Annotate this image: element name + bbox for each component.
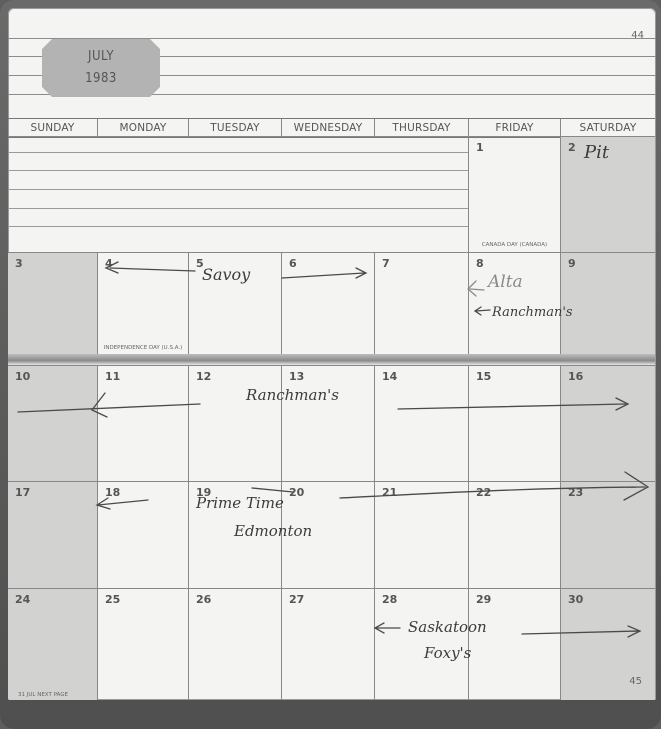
day-cell-7[interactable]: 7	[374, 252, 468, 355]
day-number: 15	[476, 370, 491, 383]
day-cell-8[interactable]: 8	[468, 252, 560, 355]
day-cell-23[interactable]: 23	[560, 481, 655, 588]
day-cell-17[interactable]: 17	[8, 481, 97, 588]
note-prime-time: Prime Time	[196, 494, 284, 512]
note-foxys: Foxy's	[424, 644, 471, 662]
day-cell-16[interactable]: 16	[560, 365, 655, 481]
day-number: 12	[196, 370, 211, 383]
note-savoy: Savoy	[202, 265, 250, 284]
day-number: 24	[15, 593, 30, 606]
page-fold	[8, 354, 655, 365]
day-cell-21[interactable]: 21	[374, 481, 468, 588]
day-number: 8	[476, 257, 484, 270]
planner-page: JULY 1983 44 SUNDAYMONDAYTUESDAYWEDNESDA…	[8, 8, 656, 700]
day-number: 30	[568, 593, 583, 606]
year-label: 1983	[85, 68, 117, 90]
day-cell-3[interactable]: 3	[8, 252, 97, 355]
ruled-line	[8, 152, 468, 153]
weekday-wednesday: WEDNESDAY	[281, 119, 374, 137]
note-edmonton: Edmonton	[234, 522, 312, 540]
day-number: 11	[105, 370, 120, 383]
empty-cell	[188, 136, 281, 252]
weekday-saturday: SATURDAY	[560, 119, 655, 137]
day-cell-27[interactable]: 27	[281, 588, 374, 700]
day-cell-25[interactable]: 25	[97, 588, 188, 700]
month-badge: JULY 1983	[42, 39, 160, 97]
page-number-top: 44	[631, 30, 644, 41]
weekday-tuesday: TUESDAY	[188, 119, 281, 137]
day-cell-6[interactable]: 6	[281, 252, 374, 355]
day-cell-4[interactable]: 4INDEPENDENCE DAY (U.S.A.)	[97, 252, 188, 355]
day-number: 7	[382, 257, 390, 270]
holiday-independence-day: INDEPENDENCE DAY (U.S.A.)	[98, 345, 188, 351]
note-ranchman-week: Ranchman's	[246, 386, 339, 404]
weekday-friday: FRIDAY	[468, 119, 560, 137]
weekday-sunday: SUNDAY	[8, 119, 97, 137]
day-number: 6	[289, 257, 297, 270]
note-jul2: Pit	[584, 142, 609, 163]
day-number: 1	[476, 141, 484, 154]
day-cell-18[interactable]: 18	[97, 481, 188, 588]
day-cell-9[interactable]: 9	[560, 252, 655, 355]
day-number: 3	[15, 257, 23, 270]
day-cell-13[interactable]: 13	[281, 365, 374, 481]
day-number: 13	[289, 370, 304, 383]
day-number: 18	[105, 486, 120, 499]
day-cell-1[interactable]: 1CANADA DAY (CANADA)	[468, 136, 560, 252]
holiday-canada-day: CANADA DAY (CANADA)	[469, 242, 560, 248]
day-number: 20	[289, 486, 304, 499]
ruled-line	[8, 226, 468, 227]
day-cell-14[interactable]: 14	[374, 365, 468, 481]
ruled-line	[8, 208, 468, 209]
day-number: 27	[289, 593, 304, 606]
day-cell-22[interactable]: 22	[468, 481, 560, 588]
empty-cell	[8, 136, 97, 252]
note-saskatoon: Saskatoon	[408, 618, 487, 636]
day-cell-29[interactable]: 29	[468, 588, 560, 700]
day-cell-26[interactable]: 26	[188, 588, 281, 700]
day-number: 28	[382, 593, 397, 606]
day-number: 29	[476, 593, 491, 606]
day-cell-10[interactable]: 10	[8, 365, 97, 481]
empty-cell	[374, 136, 468, 252]
note-alta: Alta	[488, 272, 523, 292]
page-number-bottom: 45	[629, 676, 642, 687]
day-cell-12[interactable]: 12	[188, 365, 281, 481]
day-number: 10	[15, 370, 30, 383]
day-number: 14	[382, 370, 397, 383]
day-cell-15[interactable]: 15	[468, 365, 560, 481]
note-ranchman-8: Ranchman's	[492, 305, 573, 320]
day-number: 25	[105, 593, 120, 606]
day-number: 26	[196, 593, 211, 606]
ruled-line	[8, 189, 468, 190]
empty-cell	[97, 136, 188, 252]
empty-cell	[281, 136, 374, 252]
day-number: 4	[105, 257, 113, 270]
weekday-header: SUNDAYMONDAYTUESDAYWEDNESDAYTHURSDAYFRID…	[8, 118, 655, 138]
day-cell-11[interactable]: 11	[97, 365, 188, 481]
day-cell-24[interactable]: 2431 JUL NEXT PAGE	[8, 588, 97, 700]
day-number: 23	[568, 486, 583, 499]
day-number: 17	[15, 486, 30, 499]
next-page-note: 31 JUL NEXT PAGE	[18, 692, 68, 698]
day-number: 21	[382, 486, 397, 499]
weekday-monday: MONDAY	[97, 119, 188, 137]
ruled-line	[8, 170, 468, 171]
month-label: JULY	[88, 46, 114, 68]
day-number: 2	[568, 141, 576, 154]
day-number: 22	[476, 486, 491, 499]
day-number: 9	[568, 257, 576, 270]
weekday-thursday: THURSDAY	[374, 119, 468, 137]
day-number: 16	[568, 370, 583, 383]
